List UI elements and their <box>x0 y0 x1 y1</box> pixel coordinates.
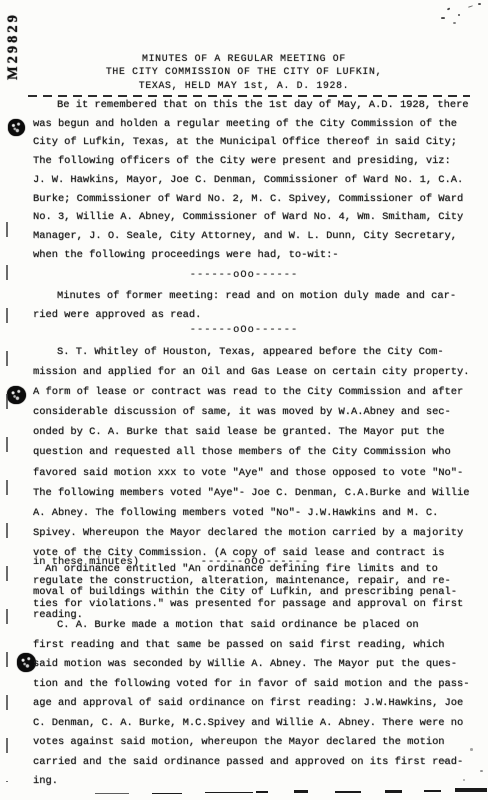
text-line: C. Denman, C. A. Burke, M.C.Spivey and W… <box>33 714 468 734</box>
text-line: The following members voted "Aye"- Joe C… <box>33 483 468 503</box>
text-line: The following officers of the City were … <box>33 152 468 171</box>
ink-blot <box>7 386 26 404</box>
text-line: moval of buildings within the City of Lu… <box>33 587 468 599</box>
section-separator: ------oOo------ <box>0 269 488 281</box>
pencil-speck <box>453 22 456 24</box>
ink-blot <box>8 119 25 136</box>
text-line: City of Lufkin, Texas, at the Municipal … <box>33 133 468 152</box>
pencil-speck <box>463 779 465 781</box>
text-line: mission and applied for an Oil and Gas L… <box>33 362 468 382</box>
text-line: J. W. Hawkins, Mayor, Joe C. Denman, Com… <box>33 171 468 190</box>
text-line: said motion was seconded by Willie A. Ab… <box>33 655 468 675</box>
paragraph-oil-gas-lease: S. T. Whitley of Houston, Texas, appeare… <box>33 342 468 563</box>
text-line: favored said motion xxx to vote "Aye" an… <box>33 463 468 483</box>
text-line: onded by C. A. Burke that said lease be … <box>33 422 468 442</box>
pencil-speck <box>458 14 460 16</box>
text-line: age and approval of said ordinance on fi… <box>33 694 468 714</box>
pencil-speck <box>468 5 473 8</box>
text-line: Minutes of former meeting: read and on m… <box>33 287 468 306</box>
text-line: No. 3, Willie A. Abney, Commissioner of … <box>33 208 468 227</box>
text-line: A. Abney. The following members voted "N… <box>33 503 468 523</box>
text-line: THE CITY COMMISSION OF THE CITY OF LUFKI… <box>0 65 488 78</box>
pencil-speck <box>480 770 483 772</box>
text-line: Manager, J. O. Seale, City Attorney, and… <box>33 227 468 246</box>
pencil-speck <box>470 748 473 751</box>
fold-crease-line <box>6 222 8 782</box>
text-line: Be it remembered that on this the 1st da… <box>33 96 468 115</box>
text-line: C. A. Burke made a motion that said ordi… <box>33 616 468 636</box>
pencil-speck <box>447 7 450 10</box>
text-line: ried were approved as read. <box>33 306 468 325</box>
text-line: question and requested all those members… <box>33 442 468 462</box>
text-line: tion and the following voted for in favo… <box>33 675 468 695</box>
text-line: votes against said motion, whereupon the… <box>33 733 468 753</box>
pencil-speck <box>478 3 481 5</box>
paragraph-minutes-approval: Minutes of former meeting: read and on m… <box>33 287 468 325</box>
text-line: first reading and that same be passed on… <box>33 636 468 656</box>
text-line: ing. <box>33 772 468 792</box>
document-page: M29829 MINUTES OF A REGULAR MEETING OFTH… <box>0 0 488 800</box>
text-line: Spivey. Whereupon the Mayor declared the… <box>33 523 468 543</box>
text-line: was begun and holden a regular meeting o… <box>33 115 468 134</box>
document-title: MINUTES OF A REGULAR MEETING OFTHE CITY … <box>0 52 488 92</box>
text-line: when the following proceedings were had,… <box>33 246 468 265</box>
text-line: A form of lease or contract was read to … <box>33 382 468 402</box>
section-separator: ------oOo------ <box>0 324 488 336</box>
pencil-speck <box>441 17 445 19</box>
text-line: ties for violations." was presented for … <box>33 599 468 611</box>
paragraph-fire-ordinance: An ordinance entitled "An ordinance defi… <box>33 564 468 622</box>
text-line: TEXAS, HELD MAY 1st, A. D. 1928. <box>0 79 488 92</box>
pencil-speck <box>443 760 446 762</box>
text-line: considerable discussion of same, it was … <box>33 402 468 422</box>
text-line: S. T. Whitley of Houston, Texas, appeare… <box>33 342 468 362</box>
text-line: Burke; Commissioner of Ward No. 2, M. C.… <box>33 190 468 209</box>
paragraph-ordinance-vote: C. A. Burke made a motion that said ordi… <box>33 616 468 792</box>
text-line: MINUTES OF A REGULAR MEETING OF <box>0 52 488 65</box>
paragraph-opening: Be it remembered that on this the 1st da… <box>33 96 468 264</box>
text-line: An ordinance entitled "An ordinance defi… <box>33 564 468 576</box>
text-line: carried and the said ordinance passed an… <box>33 753 468 773</box>
